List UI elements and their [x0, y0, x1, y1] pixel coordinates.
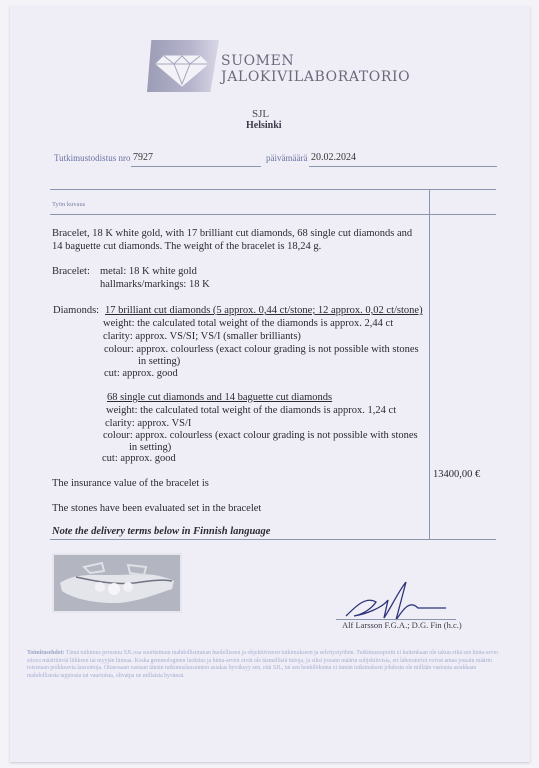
date-underline [309, 166, 497, 167]
diamond-icon [147, 40, 219, 92]
delivery-terms: Toimitusehdot: Tämä tutkimus perustuu SJ… [27, 650, 502, 680]
logo-badge [147, 40, 219, 92]
signer-name: Alf Larsson F.G.A.; D.G. Fin (h.c.) [342, 620, 462, 630]
org-line-1: SUOMEN [221, 53, 410, 69]
intro-line-2: 14 baguette cut diamonds. The weight of … [52, 240, 412, 253]
organization-name: SUOMEN JALOKIVILABORATORIO [221, 53, 410, 85]
certificate-number-label: Tutkimustodistus nro [54, 153, 130, 163]
org-city: Helsinki [246, 120, 282, 131]
signature-mark [336, 578, 456, 624]
certificate-number-value: 7927 [133, 152, 153, 163]
insurance-value: 13400,00 € [433, 468, 480, 481]
group1-title: 17 brilliant cut diamonds (5 approx. 0,4… [105, 304, 423, 317]
bracelet-image [54, 555, 180, 611]
table-column-divider [429, 189, 430, 539]
group1-cut: cut: approx. good [104, 367, 178, 380]
delivery-note: Note the delivery terms below in Finnish… [52, 525, 270, 538]
group2-weight: weight: the calculated total weight of t… [106, 404, 396, 417]
group2-title: 68 single cut diamonds and 14 baguette c… [107, 391, 332, 404]
evaluated-text: The stones have been evaluated set in th… [52, 502, 261, 515]
bracelet-label: Bracelet: [52, 265, 90, 278]
date-value: 20.02.2024 [311, 152, 356, 163]
terms-title: Toimitusehdot: [27, 650, 64, 656]
insurance-text: The insurance value of the bracelet is [52, 477, 209, 490]
description-label: Työn kuvaus [52, 201, 85, 208]
bracelet-hallmarks: hallmarks/markings: 18 K [100, 278, 210, 291]
number-underline [131, 166, 261, 167]
group1-clarity: clarity: approx. VS/SI; VS/I (smaller br… [103, 330, 301, 343]
org-abbreviation: SJL [252, 108, 269, 120]
group1-weight: weight: the calculated total weight of t… [103, 317, 393, 330]
description-intro: Bracelet, 18 K white gold, with 17 brill… [52, 227, 412, 253]
terms-text: Tämä tutkimus perustuu SJL:ssa suoritett… [27, 650, 498, 679]
org-line-2: JALOKIVILABORATORIO [221, 69, 410, 85]
intro-line-1: Bracelet, 18 K white gold, with 17 brill… [52, 227, 412, 240]
bracelet-metal: metal: 18 K white gold [100, 265, 197, 278]
date-label: päivämäärä [266, 153, 307, 163]
group2-cut: cut: approx. good [102, 452, 176, 465]
bracelet-photo [52, 553, 182, 613]
table-bottom-border [50, 539, 496, 540]
diamonds-label: Diamonds: [53, 304, 99, 317]
